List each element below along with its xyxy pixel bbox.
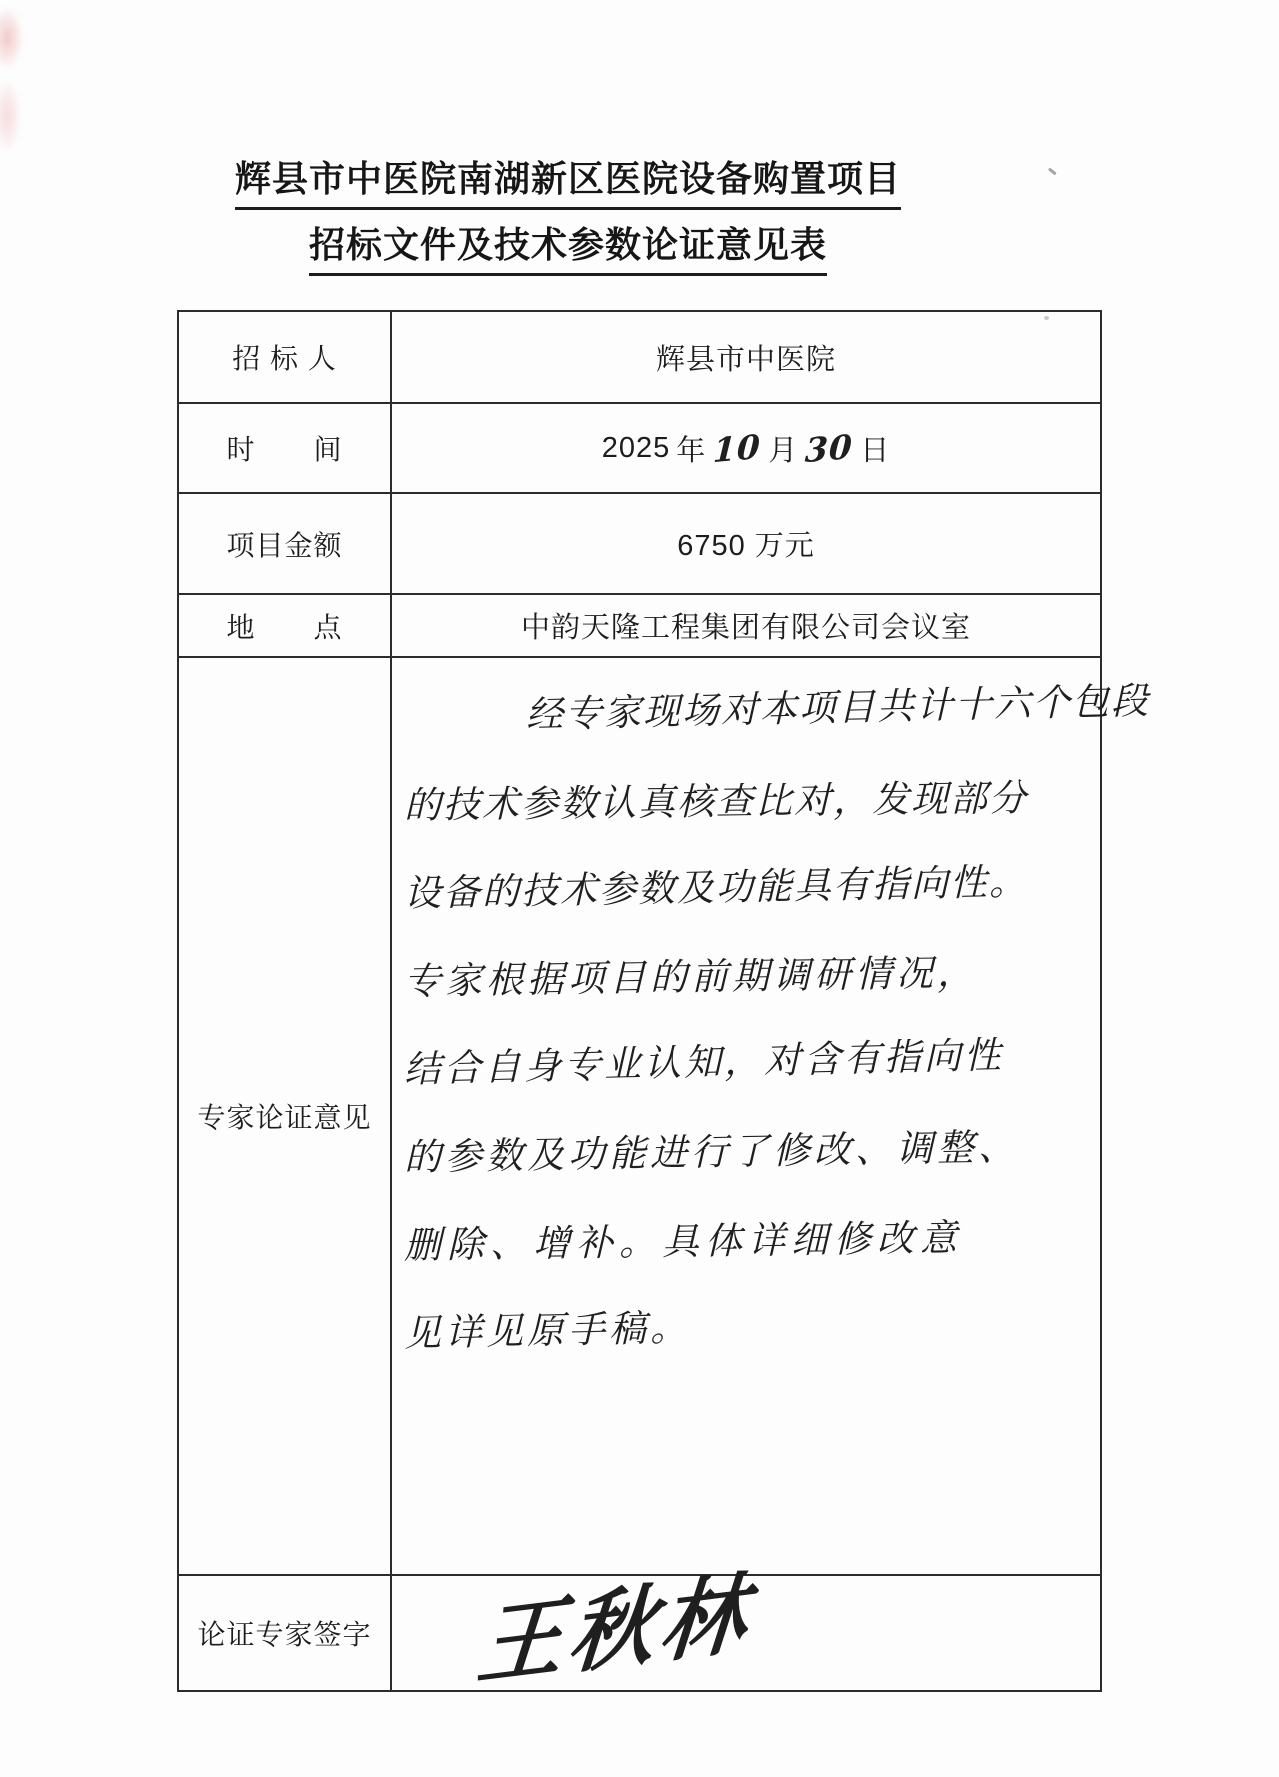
time-label: 时 间 <box>179 404 392 492</box>
scanned-document-page: 辉县市中医院南湖新区医院设备购置项目 招标文件及技术参数论证意见表 招 标 人 … <box>0 0 1279 1777</box>
signature-cell: 王秋林 <box>392 1576 1100 1690</box>
bidder-label: 招 标 人 <box>179 312 392 402</box>
opinion-line: 删除、增补。具体详细修改意 <box>403 1194 963 1290</box>
opinion-line: 的技术参数认真核查比对，发现部分 <box>403 754 1028 850</box>
table-row-amount: 项目金额 6750 万元 <box>179 494 1100 595</box>
opinion-line: 见详见原手稿。 <box>403 1284 692 1378</box>
table-row-bidder: 招 标 人 辉县市中医院 <box>179 312 1100 404</box>
opinion-line: 的参数及功能进行了修改、调整、 <box>403 1103 1019 1202</box>
table-row-time: 时 间 2025 年 10 月 30 日 <box>179 404 1100 494</box>
signature-label: 论证专家签字 <box>179 1576 392 1690</box>
opinion-line: 结合自身专业认知，对含有指向性 <box>403 1011 1005 1114</box>
form-table: 招 标 人 辉县市中医院 时 间 2025 年 10 月 30 日 项目金额 6… <box>177 310 1102 1692</box>
document-title: 辉县市中医院南湖新区医院设备购置项目 招标文件及技术参数论证意见表 <box>0 157 1136 276</box>
date-month-unit: 月 <box>768 428 798 469</box>
date-year: 2025 <box>602 432 671 465</box>
time-value: 2025 年 10 月 30 日 <box>392 404 1100 492</box>
opinion-line: 专家根据项目的前期调研情况， <box>403 929 978 1026</box>
opinion-line: 设备的技术参数及功能具有指向性。 <box>403 838 1029 938</box>
bidder-value: 辉县市中医院 <box>392 312 1100 402</box>
location-label: 地 点 <box>179 595 392 656</box>
amount-value: 6750 万元 <box>392 494 1100 593</box>
document-title-line-2: 招标文件及技术参数论证意见表 <box>309 223 827 276</box>
expert-opinion-label: 专家论证意见 <box>179 658 392 1574</box>
date-year-unit: 年 <box>676 428 706 469</box>
red-scan-artifact <box>0 78 22 154</box>
table-row-signature: 论证专家签字 王秋林 <box>179 1576 1100 1690</box>
document-title-line-1: 辉县市中医院南湖新区医院设备购置项目 <box>235 157 901 210</box>
expert-opinion-handwriting: 经专家现场对本项目共计十六个包段 的技术参数认真核查比对，发现部分 设备的技术参… <box>392 658 1190 1574</box>
opinion-line: 经专家现场对本项目共计十六个包段 <box>403 657 1151 762</box>
amount-label: 项目金额 <box>179 494 392 593</box>
date-month-handwritten: 10 <box>712 426 762 470</box>
red-scan-artifact <box>0 6 24 70</box>
table-row-expert-opinion: 专家论证意见 经专家现场对本项目共计十六个包段 的技术参数认真核查比对，发现部分… <box>179 658 1100 1576</box>
date-day-unit: 日 <box>860 428 890 469</box>
table-row-location: 地 点 中韵天隆工程集团有限公司会议室 <box>179 595 1100 658</box>
location-value: 中韵天隆工程集团有限公司会议室 <box>392 595 1100 656</box>
date-day-handwritten: 30 <box>804 426 854 470</box>
